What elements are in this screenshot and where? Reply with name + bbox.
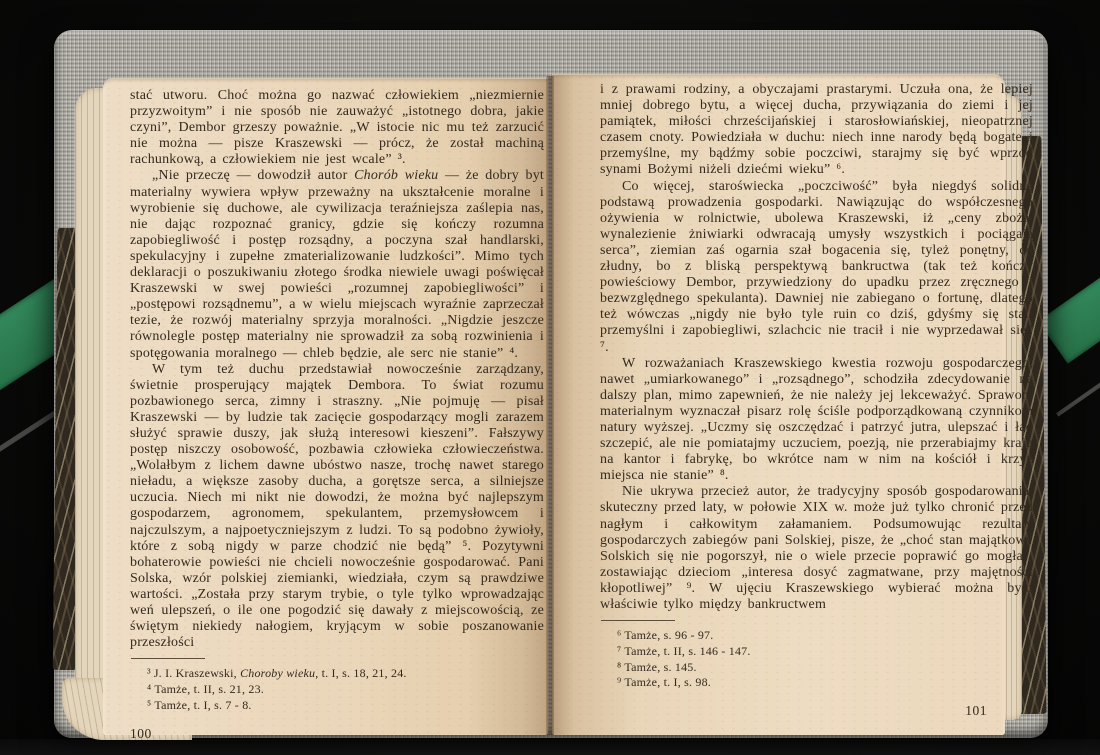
paragraph: W tym też duchu przedstawiał nowocześnie… xyxy=(130,362,544,652)
footnote: ³J. I. Kraszewski, Choroby wieku, t. I, … xyxy=(130,666,544,681)
paragraph: „Nie przeczę — dowodził autor Chorób wie… xyxy=(130,168,544,361)
footnote-text: Tamże, t. II, s. 21, 23. xyxy=(154,682,264,696)
footnotes-left: ³J. I. Kraszewski, Choroby wieku, t. I, … xyxy=(130,666,544,712)
paragraph: Nie ukrywa przecież autor, że tradycyjny… xyxy=(600,484,1033,613)
book-title-italic: Choroby wieku xyxy=(240,666,315,680)
paragraph-continuation: stać utworu. Choć można go nazwać człowi… xyxy=(130,88,544,168)
right-page: i z prawami rodziny, a obyczajami prasta… xyxy=(552,74,1005,735)
footnote: ⁵Tamże, t. I, s. 7 - 8. xyxy=(130,698,544,713)
footnote-text: Tamże, t. II, s. 146 - 147. xyxy=(624,644,750,658)
page-number-right: 101 xyxy=(600,703,1033,719)
page-number-left: 100 xyxy=(130,726,544,742)
footnote-text: Tamże, s. 145. xyxy=(624,660,696,674)
gray-streak-right xyxy=(1056,367,1100,416)
footnote-text: J. I. Kraszewski, xyxy=(154,666,240,680)
footnote-text: Tamże, t. I, s. 7 - 8. xyxy=(154,698,251,712)
footnote: ⁴Tamże, t. II, s. 21, 23. xyxy=(130,682,544,697)
gutter-shadow xyxy=(546,76,554,735)
footnote: ⁸Tamże, s. 145. xyxy=(600,660,1033,675)
book-photo-scene: stać utworu. Choć można go nazwać człowi… xyxy=(0,0,1100,755)
left-page-text-column: stać utworu. Choć można go nazwać człowi… xyxy=(130,88,544,742)
paragraph-continuation: i z prawami rodziny, a obyczajami prasta… xyxy=(600,82,1033,179)
paragraph: Co więcej, staroświecka „poczciwość” był… xyxy=(600,179,1033,356)
footnote-text: Tamże, t. I, s. 98. xyxy=(624,675,711,689)
open-book: stać utworu. Choć można go nazwać człowi… xyxy=(54,30,1048,738)
footnote-text: , t. I, s. 18, 21, 24. xyxy=(315,666,406,680)
footnote: ⁹Tamże, t. I, s. 98. xyxy=(600,675,1033,690)
footnote-rule xyxy=(601,620,675,621)
footnote: ⁶Tamże, s. 96 - 97. xyxy=(600,628,1033,643)
paragraph: W rozważaniach Kraszewskiego kwestia roz… xyxy=(600,356,1033,485)
footnote-text: Tamże, s. 96 - 97. xyxy=(624,628,713,642)
footnote-rule xyxy=(131,658,205,659)
book-title-italic: Chorób wieku xyxy=(354,168,438,183)
paragraph-text: — że dobry byt materialny wywiera wpływ … xyxy=(130,168,544,360)
footnote: ⁷Tamże, t. II, s. 146 - 147. xyxy=(600,644,1033,659)
paragraph-text: „Nie przeczę — dowodził autor xyxy=(152,168,354,183)
left-page: stać utworu. Choć można go nazwać człowi… xyxy=(103,78,548,735)
footnotes-right: ⁶Tamże, s. 96 - 97. ⁷Tamże, t. II, s. 14… xyxy=(600,628,1033,690)
right-page-text-column: i z prawami rodziny, a obyczajami prasta… xyxy=(600,82,1033,719)
footnote-marker: ³ xyxy=(147,666,154,680)
